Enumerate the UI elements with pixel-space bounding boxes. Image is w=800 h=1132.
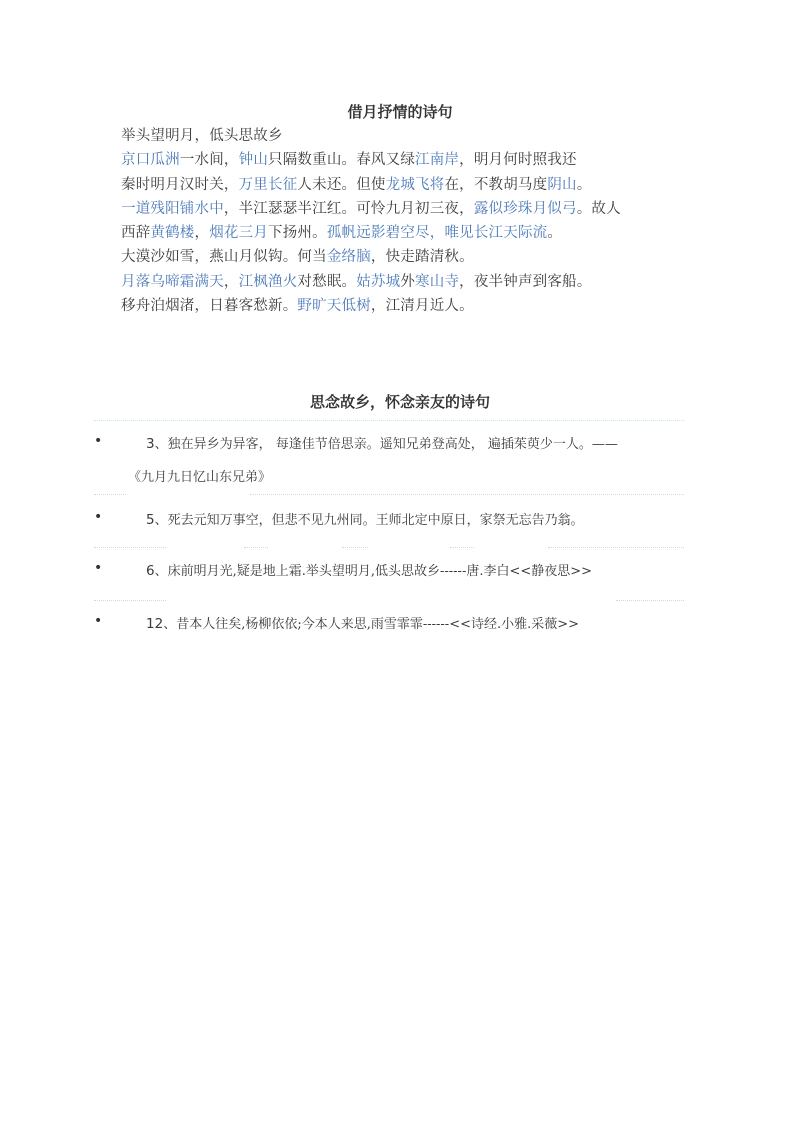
poem-text: 西辞	[121, 225, 150, 241]
poem-text: 秦时明月汉时关，	[121, 177, 239, 193]
highlighted-phrase: 露似珍珠月似弓	[474, 201, 577, 217]
list-item: • 3、独在异乡为异客， 每逢佳节倍思亲。遥知兄弟登高处， 遍插茱萸少一人。——…	[94, 421, 684, 494]
item-number: 3	[146, 436, 155, 452]
poem-text: 外	[400, 274, 415, 290]
poem-text: 大漠沙如雪，燕山月似钩。何当	[121, 249, 327, 265]
item-number: 5	[146, 512, 155, 528]
section-title-homesick: 思念故乡，怀念亲友的诗句	[0, 391, 800, 412]
item-text: 、独在异乡为异客， 每逢佳节倍思亲。遥知兄弟登高处， 遍插茱萸少一人。——	[155, 437, 618, 452]
highlighted-phrase: 京口瓜洲	[121, 152, 180, 168]
poem-line: 京口瓜洲一水间，钟山只隔数重山。春风又绿江南岸，明月何时照我还	[121, 148, 681, 172]
bullet-icon: •	[94, 509, 102, 525]
highlighted-phrase: 阴山	[547, 177, 576, 193]
item-text: 、床前明月光,疑是地上霜.举头望明月,低头思故乡------唐.李白<<静夜思>…	[155, 564, 592, 579]
item-continuation: 《九月九日忆山东兄弟》	[94, 466, 684, 485]
poem-text: ，明月何时照我还	[459, 152, 577, 168]
poem-text: 。	[577, 177, 592, 193]
item-text: 、死去元知万事空，但悲不见九州同。王师北定中原日，家祭无忘告乃翁。	[155, 513, 584, 528]
highlighted-phrase: 龙城飞将	[386, 177, 445, 193]
poem-text: 移舟泊烟渚，日暮客愁新。	[121, 298, 297, 314]
highlighted-phrase: 孤帆远影碧空尽，唯见长江天际流	[327, 225, 548, 241]
list-item: • 6、床前明月光,疑是地上霜.举头望明月,低头思故乡------唐.李白<<静…	[94, 548, 684, 600]
highlighted-phrase: 江南岸	[415, 152, 459, 168]
poem-text: 对愁眠。	[297, 274, 356, 290]
poem-text: 。故人	[577, 201, 621, 217]
poem-text: ，江清月近人。	[371, 298, 474, 314]
item-text: 、昔本人往矣,杨柳依依;今本人来思,雨雪霏霏------<<诗经.小雅.采薇>>	[163, 617, 579, 632]
bullet-icon: •	[94, 433, 102, 449]
item-number: 12	[146, 616, 163, 632]
section-title-moon: 借月抒情的诗句	[0, 101, 800, 122]
highlighted-phrase: 姑苏城	[356, 274, 400, 290]
poem-line: 移舟泊烟渚，日暮客愁新。野旷天低树，江清月近人。	[121, 294, 681, 318]
poem-text: 下扬州。	[268, 225, 327, 241]
list-item: • 5、死去元知万事空，但悲不见九州同。王师北定中原日，家祭无忘告乃翁。	[94, 495, 684, 547]
item-number: 6	[146, 563, 155, 579]
highlighted-phrase: 寒山寺	[415, 274, 459, 290]
highlighted-phrase: 一道残阳铺水中	[121, 201, 224, 217]
list-item: • 12、昔本人往矣,杨柳依依;今本人来思,雨雪霏霏------<<诗经.小雅.…	[94, 601, 684, 643]
poem-text: 一水间，	[180, 152, 239, 168]
poem-text: ，半江瑟瑟半江红。可怜九月初三夜，	[224, 201, 474, 217]
poem-line: 举头望明月，低头思故乡	[121, 124, 681, 148]
highlighted-phrase: 万里长征	[239, 177, 298, 193]
poem-text: 。	[547, 225, 562, 241]
poem-text: ，	[224, 274, 239, 290]
poem-text: ，快走踏清秋。	[371, 249, 474, 265]
poem-text: 在，不教胡马度	[444, 177, 547, 193]
poem-list: • 3、独在异乡为异客， 每逢佳节倍思亲。遥知兄弟登高处， 遍插茱萸少一人。——…	[94, 420, 684, 643]
poem-text: 只隔数重山。春风又绿	[268, 152, 415, 168]
poem-text: ，夜半钟声到客船。	[459, 274, 591, 290]
highlighted-phrase: 钟山	[239, 152, 268, 168]
poem-line: 月落乌啼霜满天，江枫渔火对愁眠。姑苏城外寒山寺，夜半钟声到客船。	[121, 270, 681, 294]
bullet-icon: •	[94, 613, 102, 629]
bullet-icon: •	[94, 560, 102, 576]
poem-text: ，	[195, 225, 210, 241]
highlighted-phrase: 黄鹤楼	[150, 225, 194, 241]
poem-lines: 举头望明月，低头思故乡 京口瓜洲一水间，钟山只隔数重山。春风又绿江南岸，明月何时…	[121, 124, 681, 318]
highlighted-phrase: 月落乌啼霜满天	[121, 274, 224, 290]
highlighted-phrase: 江枫渔火	[239, 274, 298, 290]
highlighted-phrase: 野旷天低树	[297, 298, 371, 314]
poem-line: 秦时明月汉时关，万里长征人未还。但使龙城飞将在，不教胡马度阴山。	[121, 173, 681, 197]
poem-line: 西辞黄鹤楼，烟花三月下扬州。孤帆远影碧空尽，唯见长江天际流。	[121, 221, 681, 245]
poem-line: 大漠沙如雪，燕山月似钩。何当金络脑，快走踏清秋。	[121, 245, 681, 269]
poem-text: 举头望明月，低头思故乡	[121, 128, 283, 144]
poem-line: 一道残阳铺水中，半江瑟瑟半江红。可怜九月初三夜，露似珍珠月似弓。故人	[121, 197, 681, 221]
highlighted-phrase: 烟花三月	[209, 225, 268, 241]
highlighted-phrase: 金络脑	[327, 249, 371, 265]
poem-text: 人未还。但使	[297, 177, 385, 193]
